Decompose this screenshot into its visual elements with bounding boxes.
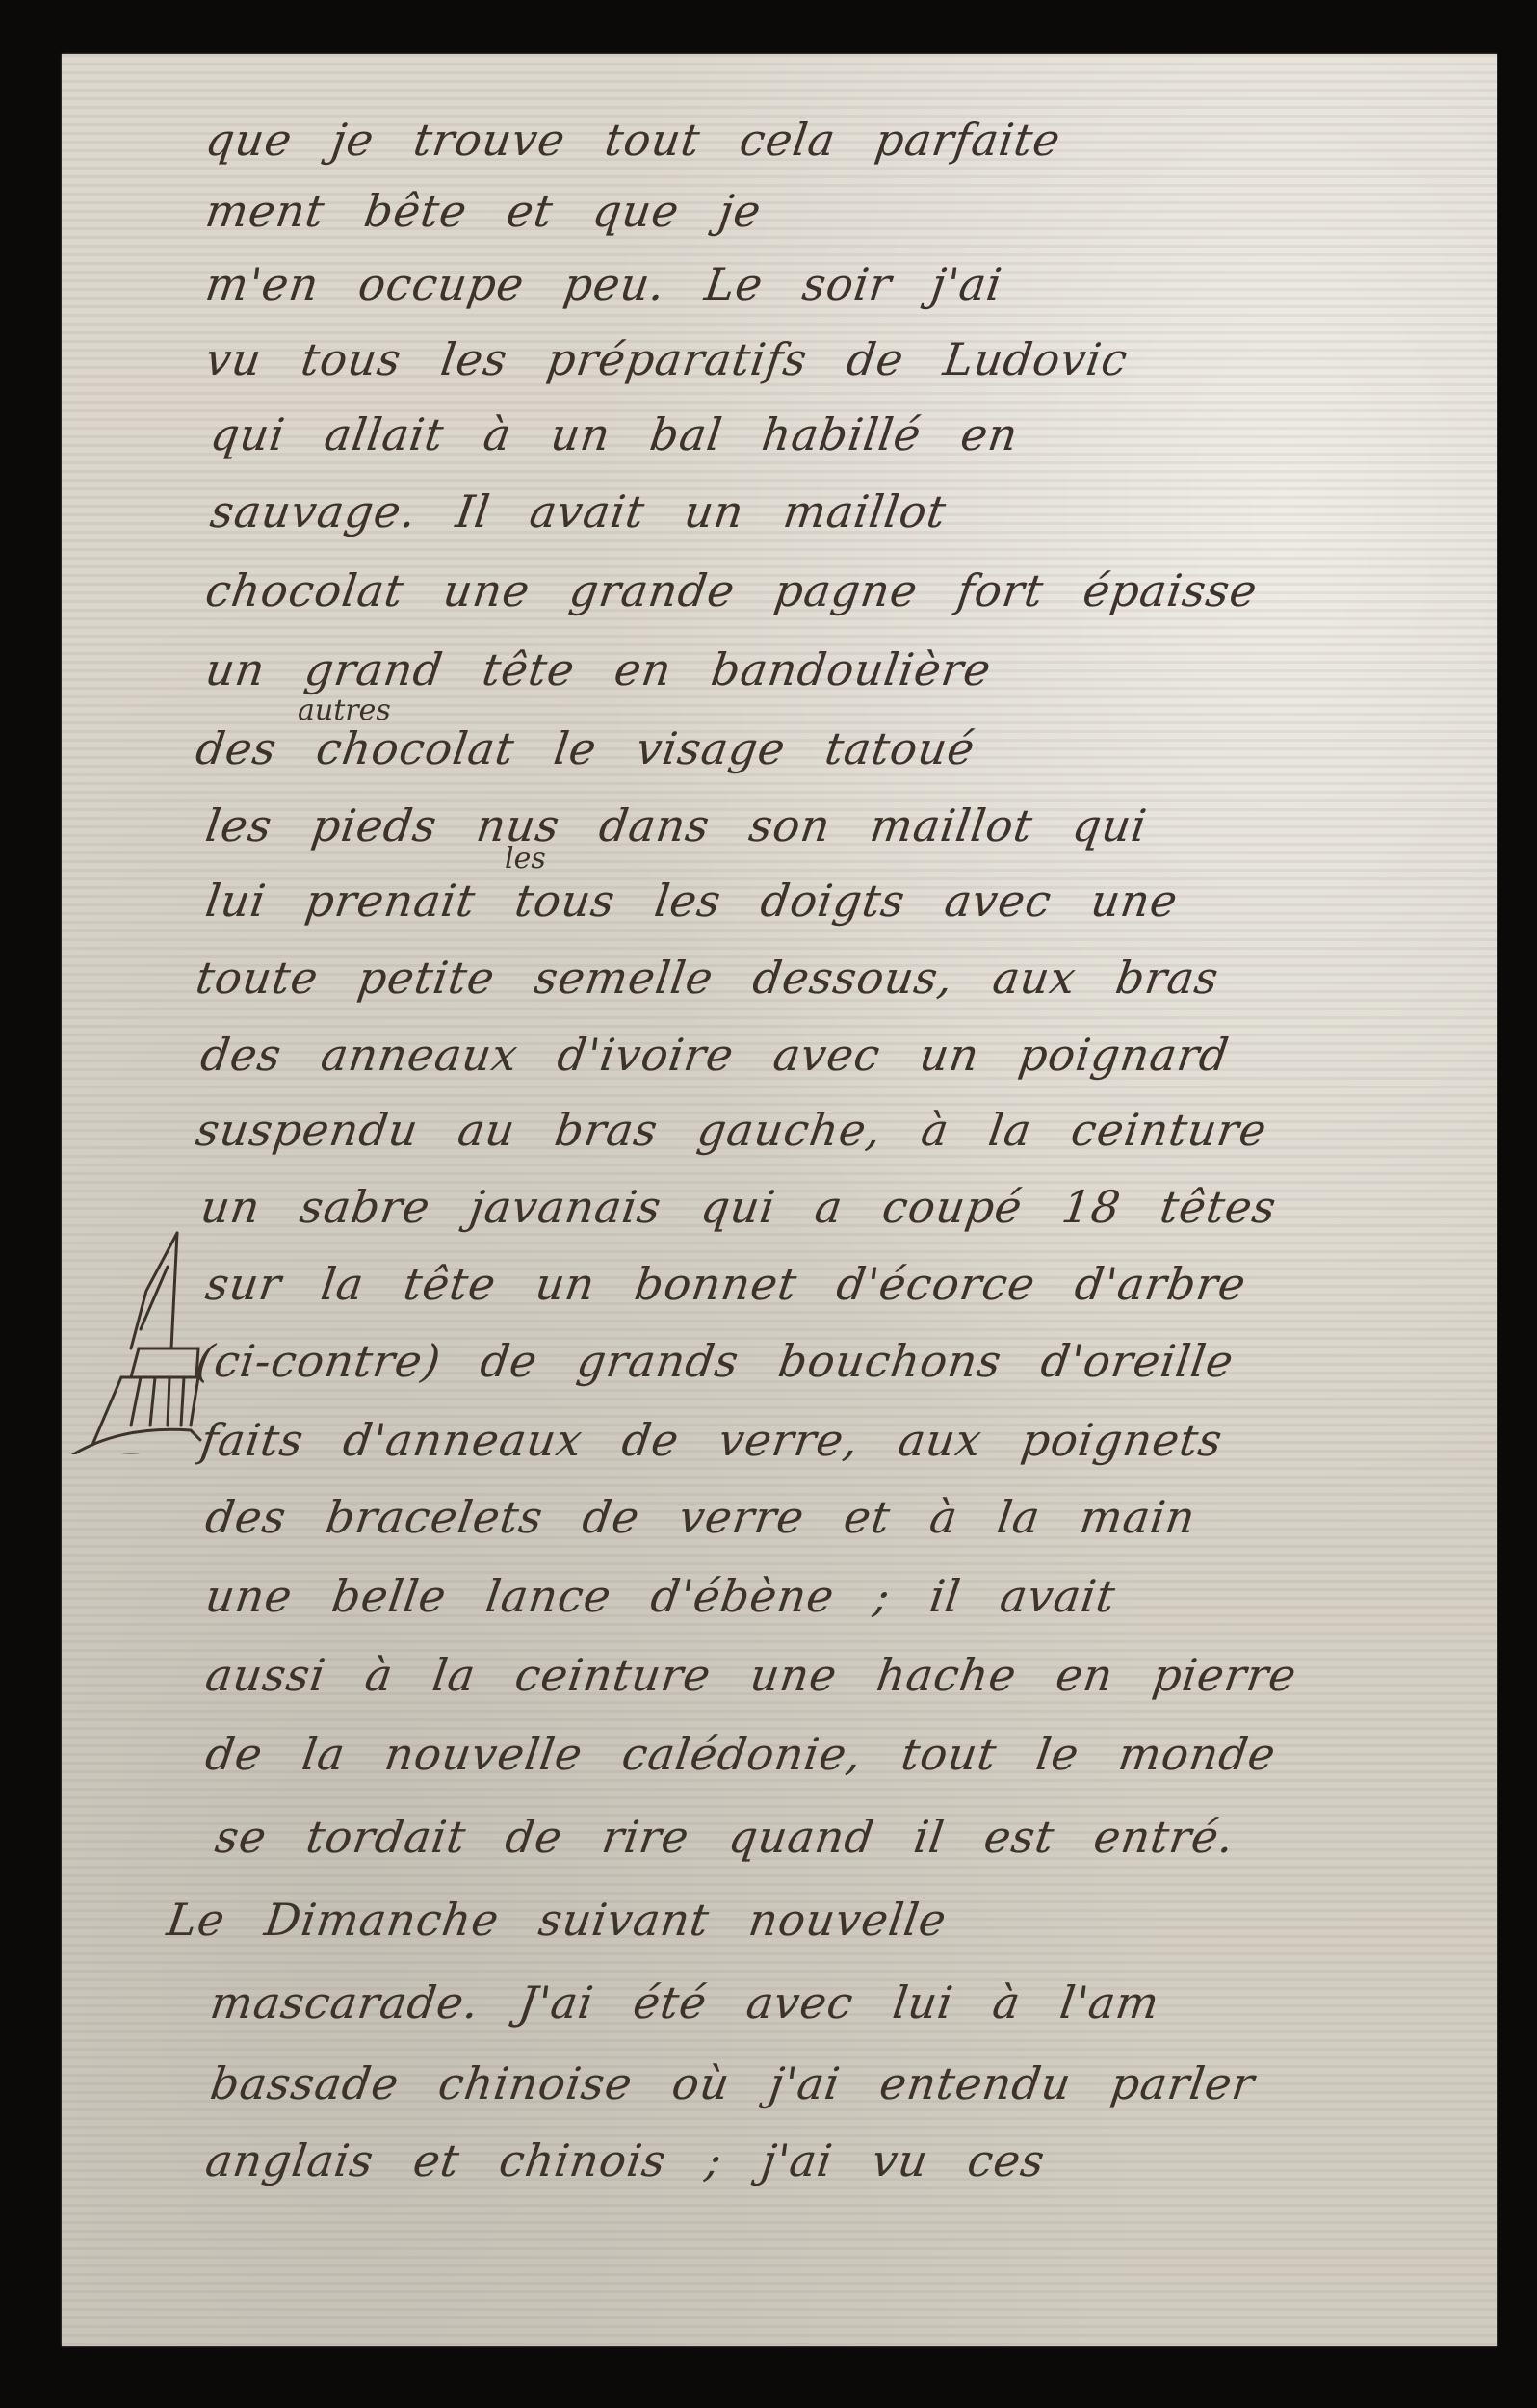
text-line-14: suspendu au bras gauche, à la ceinture: [193, 1104, 1537, 1156]
text-line-20: une belle lance d'ébène ; il avait: [202, 1570, 1537, 1622]
text-line-1: que je trouve tout cela parfaite: [202, 114, 1537, 166]
text-line-3: m'en occupe peu. Le soir j'ai: [202, 258, 1537, 310]
text-line-17: (ci-contre) de grands bouchons d'oreille: [193, 1335, 1537, 1387]
text-line-27: anglais et chinois ; j'ai vu ces: [202, 2134, 1537, 2186]
text-line-6: sauvage. Il avait un maillot: [207, 485, 1537, 537]
text-line-24: Le Dimanche suivant nouvelle: [164, 1894, 1537, 1946]
text-line-9: des chocolat le visage tatoué: [193, 722, 1537, 774]
text-line-12: toute petite semelle dessous, aux bras: [193, 952, 1537, 1004]
text-line-19: des bracelets de verre et à la main: [202, 1491, 1537, 1543]
letter-page: que je trouve tout cela parfaite ment bê…: [62, 54, 1497, 2346]
text-line-4: vu tous les préparatifs de Ludovic: [202, 333, 1537, 385]
text-line-10: les pieds nus dans son maillot qui: [202, 799, 1537, 851]
text-line-26: bassade chinoise où j'ai entendu parler: [207, 2057, 1537, 2109]
text-line-7: chocolat une grande pagne fort épaisse: [202, 564, 1537, 616]
text-line-21: aussi à la ceinture une hache en pierre: [202, 1649, 1537, 1701]
text-line-13: des anneaux d'ivoire avec un poignard: [197, 1029, 1537, 1081]
text-line-15: un sabre javanais qui a coupé 18 têtes: [197, 1181, 1537, 1233]
insertion-les: les: [505, 842, 546, 876]
text-line-5: qui allait à un bal habillé en: [207, 408, 1537, 460]
text-line-23: se tordait de rire quand il est entré.: [212, 1811, 1537, 1863]
text-line-18: faits d'anneaux de verre, aux poignets: [197, 1414, 1537, 1466]
text-line-16: sur la tête un bonnet d'écorce d'arbre: [202, 1258, 1537, 1310]
text-line-8: un grand tête en bandoulière: [202, 643, 1537, 695]
bonnet-sketch-icon: [64, 1223, 218, 1454]
text-line-2: ment bête et que je: [202, 185, 1537, 237]
text-line-25: mascarade. J'ai été avec lui à l'am: [207, 1976, 1537, 2028]
text-line-22: de la nouvelle calédonie, tout le monde: [202, 1728, 1537, 1780]
text-line-11: lui prenait tous les doigts avec une: [202, 875, 1537, 927]
